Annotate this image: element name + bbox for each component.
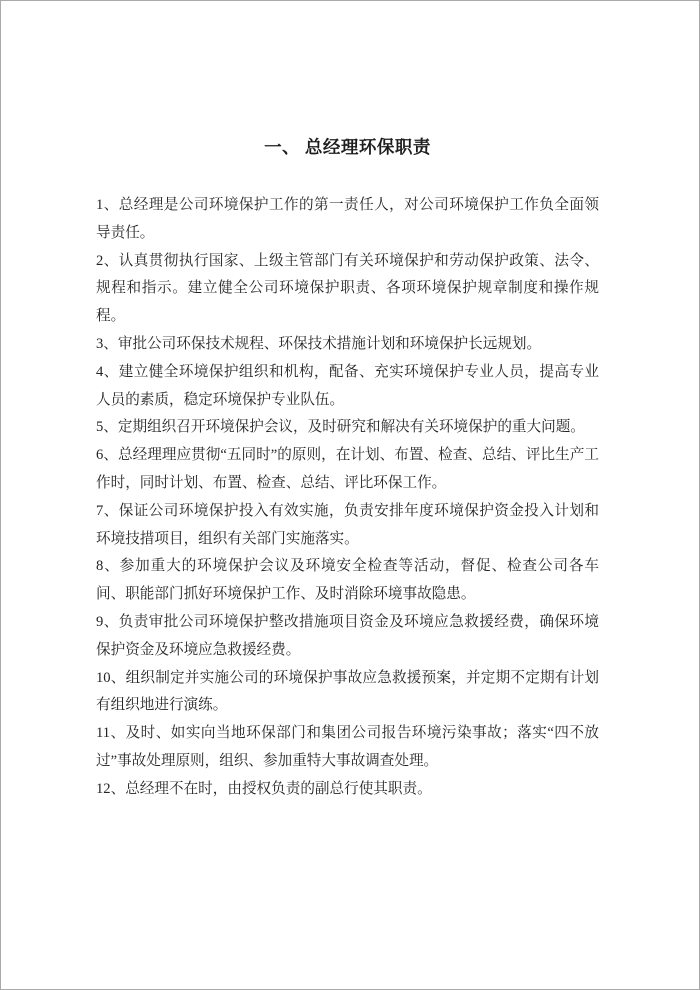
duty-item-1: 1、总经理是公司环境保护工作的第一责任人，对公司环境保护工作负全面领导责任。 [96,192,599,248]
duty-item-7: 7、保证公司环境保护投入有效实施，负责安排年度环境保护资金投入计划和环境技措项目… [96,498,599,554]
document-content: 一、 总经理环保职责 1、总经理是公司环境保护工作的第一责任人，对公司环境保护工… [1,1,699,804]
document-title: 一、 总经理环保职责 [96,135,599,159]
duty-item-12: 12、总经理不在时，由授权负责的副总行使其职责。 [96,776,599,804]
duty-item-2: 2、认真贯彻执行国家、上级主管部门有关环境保护和劳动保护政策、法令、规程和指示。… [96,248,599,331]
duty-item-5: 5、定期组织召开环境保护会议，及时研究和解决有关环境保护的重大问题。 [96,414,599,442]
duty-item-10: 10、组织制定并实施公司的环境保护事故应急救援预案，并定期不定期有计划有组织地进… [96,665,599,721]
duty-item-6: 6、总经理理应贯彻“五同时”的原则，在计划、布置、检查、总结、评比生产工作时，同… [96,442,599,498]
duties-list: 1、总经理是公司环境保护工作的第一责任人，对公司环境保护工作负全面领导责任。 2… [96,192,599,804]
document-page: 一、 总经理环保职责 1、总经理是公司环境保护工作的第一责任人，对公司环境保护工… [0,0,700,990]
duty-item-11: 11、及时、如实向当地环保部门和集团公司报告环境污染事故；落实“四不放过”事故处… [96,720,599,776]
duty-item-8: 8、参加重大的环境保护会议及环境安全检查等活动，督促、检查公司各车间、职能部门抓… [96,553,599,609]
duty-item-9: 9、负责审批公司环境保护整改措施项目资金及环境应急救援经费，确保环境保护资金及环… [96,609,599,665]
duty-item-4: 4、建立健全环境保护组织和机构，配备、充实环境保护专业人员，提高专业人员的素质，… [96,359,599,415]
duty-item-3: 3、审批公司环保技术规程、环保技术措施计划和环境保护长远规划。 [96,331,599,359]
